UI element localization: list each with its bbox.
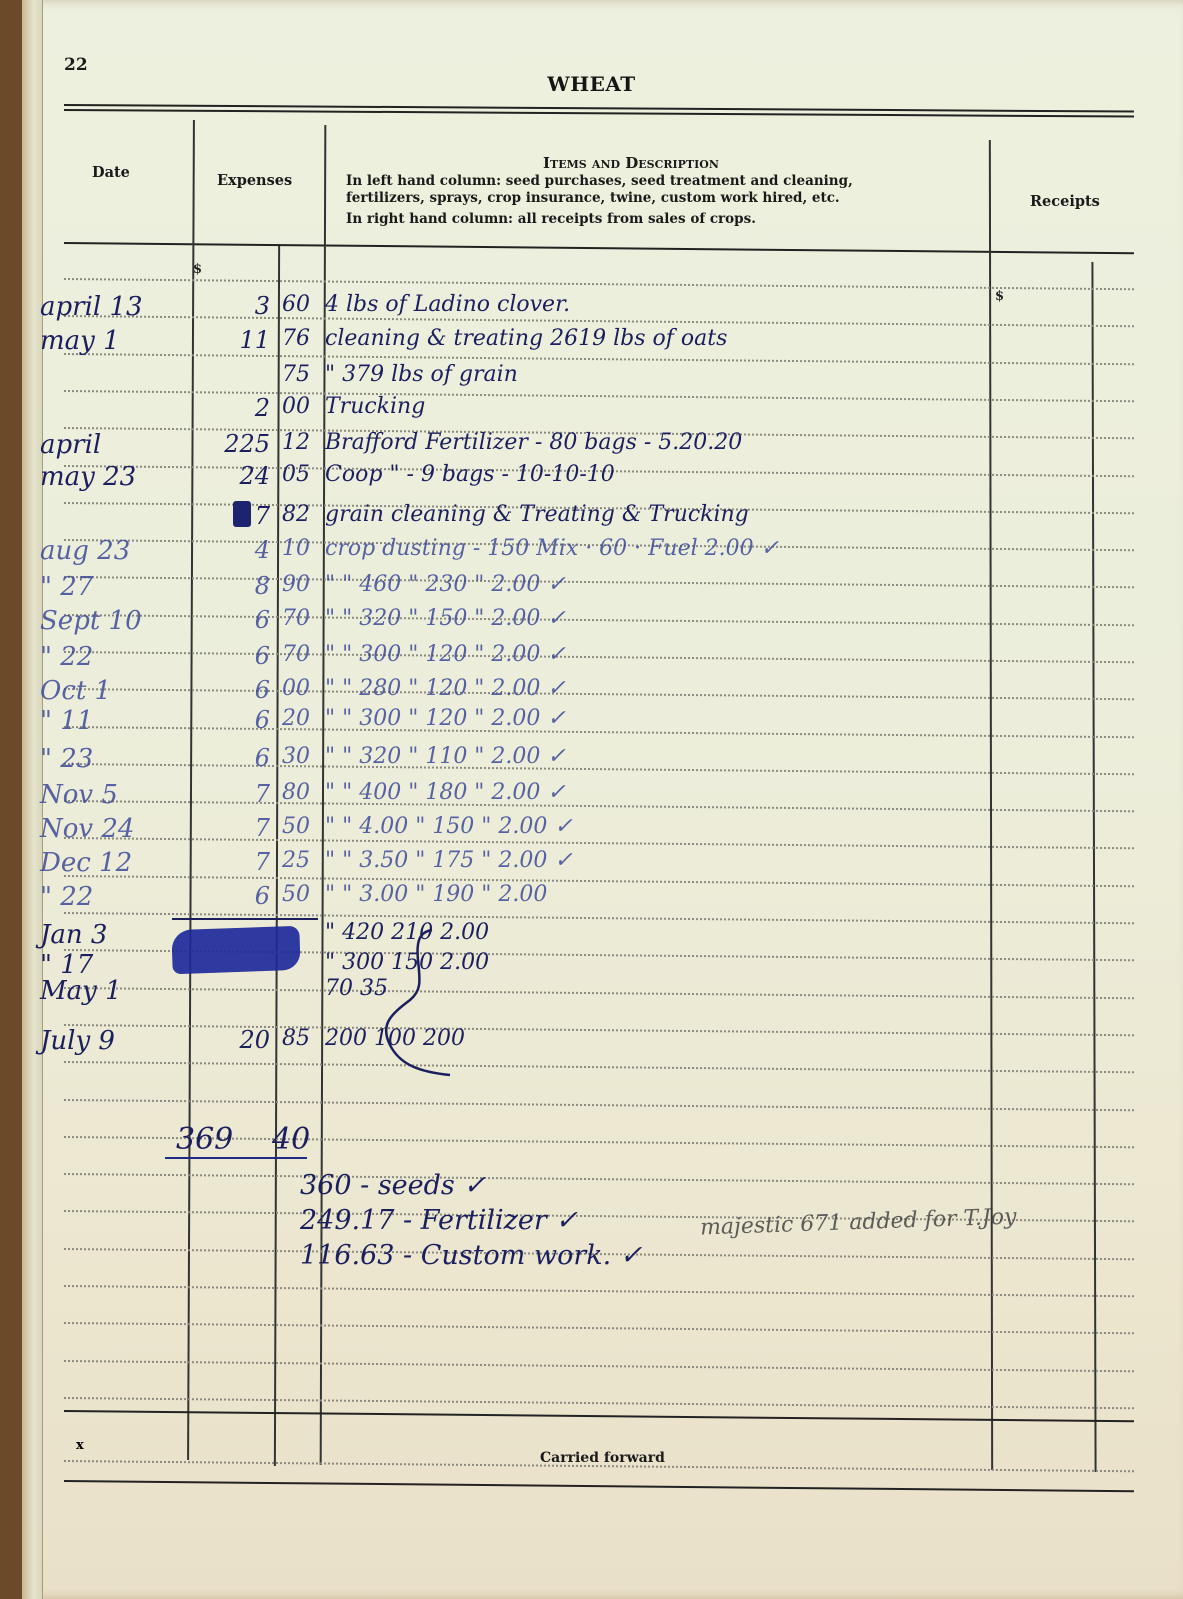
- entry-date: april: [40, 430, 101, 460]
- entry-dollars: 6: [190, 676, 270, 704]
- items-instruction-1: In left hand column: seed purchases, see…: [346, 173, 853, 190]
- entry-description: " " 460 " 230 " 2.00 ✓: [325, 572, 566, 597]
- entry-dollars: 7: [190, 780, 270, 808]
- entry-cents: 50: [282, 814, 310, 839]
- summary-fertilizer: 249.17 - Fertilizer ✓: [300, 1205, 578, 1236]
- entry-dollars: 6: [190, 642, 270, 670]
- receipts-dollar-sign: $: [995, 289, 1004, 304]
- entry-description: crop dusting - 150 Mix · 60 · Fuel 2.00 …: [325, 536, 779, 561]
- total-cents: 40: [272, 1122, 310, 1157]
- bottom-x-mark: x: [76, 1438, 84, 1453]
- entry-cents: 82: [282, 502, 310, 527]
- entry-date: may 23: [40, 462, 136, 492]
- total-underline: [165, 1157, 307, 1159]
- entry-cents: 10: [282, 536, 310, 561]
- entry-date: Jan 3: [40, 920, 107, 950]
- entry-description: " " 320 " 150 " 2.00 ✓: [325, 606, 566, 631]
- entry-cents: 76: [282, 326, 310, 351]
- entry-date: " 22: [40, 882, 93, 912]
- entry-dollars: 3: [190, 292, 270, 320]
- entry-dollars: 225: [190, 430, 270, 458]
- summary-seeds: 360 - seeds ✓: [300, 1170, 486, 1201]
- entry-cents: 75: [282, 362, 310, 387]
- subtotal-rule: [172, 918, 318, 920]
- items-instruction-3: In right hand column: all receipts from …: [346, 211, 756, 228]
- entry-description: Brafford Fertilizer - 80 bags - 5.20.20: [325, 430, 742, 455]
- entry-cents: 70: [282, 606, 310, 631]
- ink-smudge: [233, 501, 251, 527]
- entry-date: " 22: [40, 642, 93, 672]
- entry-description: " " 3.50 " 175 " 2.00 ✓: [325, 848, 573, 873]
- column-header-items: Items and Description: [543, 154, 719, 172]
- entry-cents: 50: [282, 882, 310, 907]
- entry-cents: 90: [282, 572, 310, 597]
- total-dollars: 369: [176, 1122, 233, 1157]
- entry-cents: 80: [282, 780, 310, 805]
- entry-description: Coop " - 9 bags - 10-10-10: [325, 462, 615, 487]
- entry-cents: 00: [282, 394, 310, 419]
- entry-dollars: 24: [190, 462, 270, 490]
- entry-date: " 23: [40, 744, 93, 774]
- entry-cents: 85: [282, 1026, 310, 1051]
- entry-cents: 12: [282, 430, 310, 455]
- entry-date: May 1: [40, 976, 122, 1006]
- entry-description: " " 4.00 " 150 " 2.00 ✓: [325, 814, 573, 839]
- entry-description: " " 280 " 120 " 2.00 ✓: [325, 676, 566, 701]
- entry-cents: 05: [282, 462, 310, 487]
- bracket-mark: [380, 900, 460, 1090]
- entry-dollars: 6: [190, 744, 270, 772]
- entry-date: Dec 12: [40, 848, 132, 878]
- entry-description: 70 35: [325, 976, 388, 1001]
- entry-dollars: 7: [190, 502, 270, 530]
- entry-dollars: 20: [190, 1026, 270, 1054]
- entry-date: Sept 10: [40, 606, 142, 636]
- entry-date: " 11: [40, 706, 93, 736]
- entry-dollars: 7: [190, 848, 270, 876]
- entry-description: 4 lbs of Ladino clover.: [325, 292, 570, 317]
- entry-description: " " 320 " 110 " 2.00 ✓: [325, 744, 566, 769]
- entry-cents: 00: [282, 676, 310, 701]
- entry-description: " " 400 " 180 " 2.00 ✓: [325, 780, 566, 805]
- entry-dollars: 6: [190, 882, 270, 910]
- entry-description: " 379 lbs of grain: [325, 362, 518, 387]
- column-header-date: Date: [92, 164, 130, 181]
- struck-out-amount: [171, 926, 300, 974]
- entry-date: Nov 24: [40, 814, 134, 844]
- entry-cents: 60: [282, 292, 310, 317]
- entry-date: april 13: [40, 292, 143, 322]
- column-header-receipts: Receipts: [1030, 193, 1100, 210]
- entry-description: grain cleaning & Treating & Trucking: [325, 502, 749, 527]
- items-instruction-2: fertilizers, sprays, crop insurance, twi…: [346, 190, 840, 207]
- entry-date: aug 23: [40, 536, 130, 566]
- entry-date: July 9: [40, 1026, 115, 1056]
- entry-date: Oct 1: [40, 676, 111, 706]
- entry-description: Trucking: [325, 394, 425, 419]
- entry-description: cleaning & treating 2619 lbs of oats: [325, 326, 727, 351]
- entry-dollars: 2: [190, 394, 270, 422]
- entry-cents: 20: [282, 706, 310, 731]
- entry-dollars: 8: [190, 572, 270, 600]
- entry-description: " " 300 " 120 " 2.00 ✓: [325, 642, 566, 667]
- summary-custom-work: 116.63 - Custom work. ✓: [300, 1240, 642, 1271]
- carried-forward-label: Carried forward: [540, 1450, 665, 1466]
- entry-cents: 25: [282, 848, 310, 873]
- entry-dollars: 7: [190, 814, 270, 842]
- entry-date: Nov 5: [40, 780, 118, 810]
- expenses-dollar-sign: $: [193, 262, 202, 277]
- entry-description: " " 300 " 120 " 2.00 ✓: [325, 706, 566, 731]
- column-header-expenses: Expenses: [217, 172, 292, 189]
- entry-dollars: 6: [190, 706, 270, 734]
- page-title: WHEAT: [0, 72, 1183, 96]
- entry-cents: 70: [282, 642, 310, 667]
- entry-date: " 27: [40, 572, 93, 602]
- entry-dollars: 4: [190, 536, 270, 564]
- entry-date: may 1: [40, 326, 120, 356]
- entry-dollars: 11: [190, 326, 270, 354]
- entry-cents: 30: [282, 744, 310, 769]
- entry-dollars: 6: [190, 606, 270, 634]
